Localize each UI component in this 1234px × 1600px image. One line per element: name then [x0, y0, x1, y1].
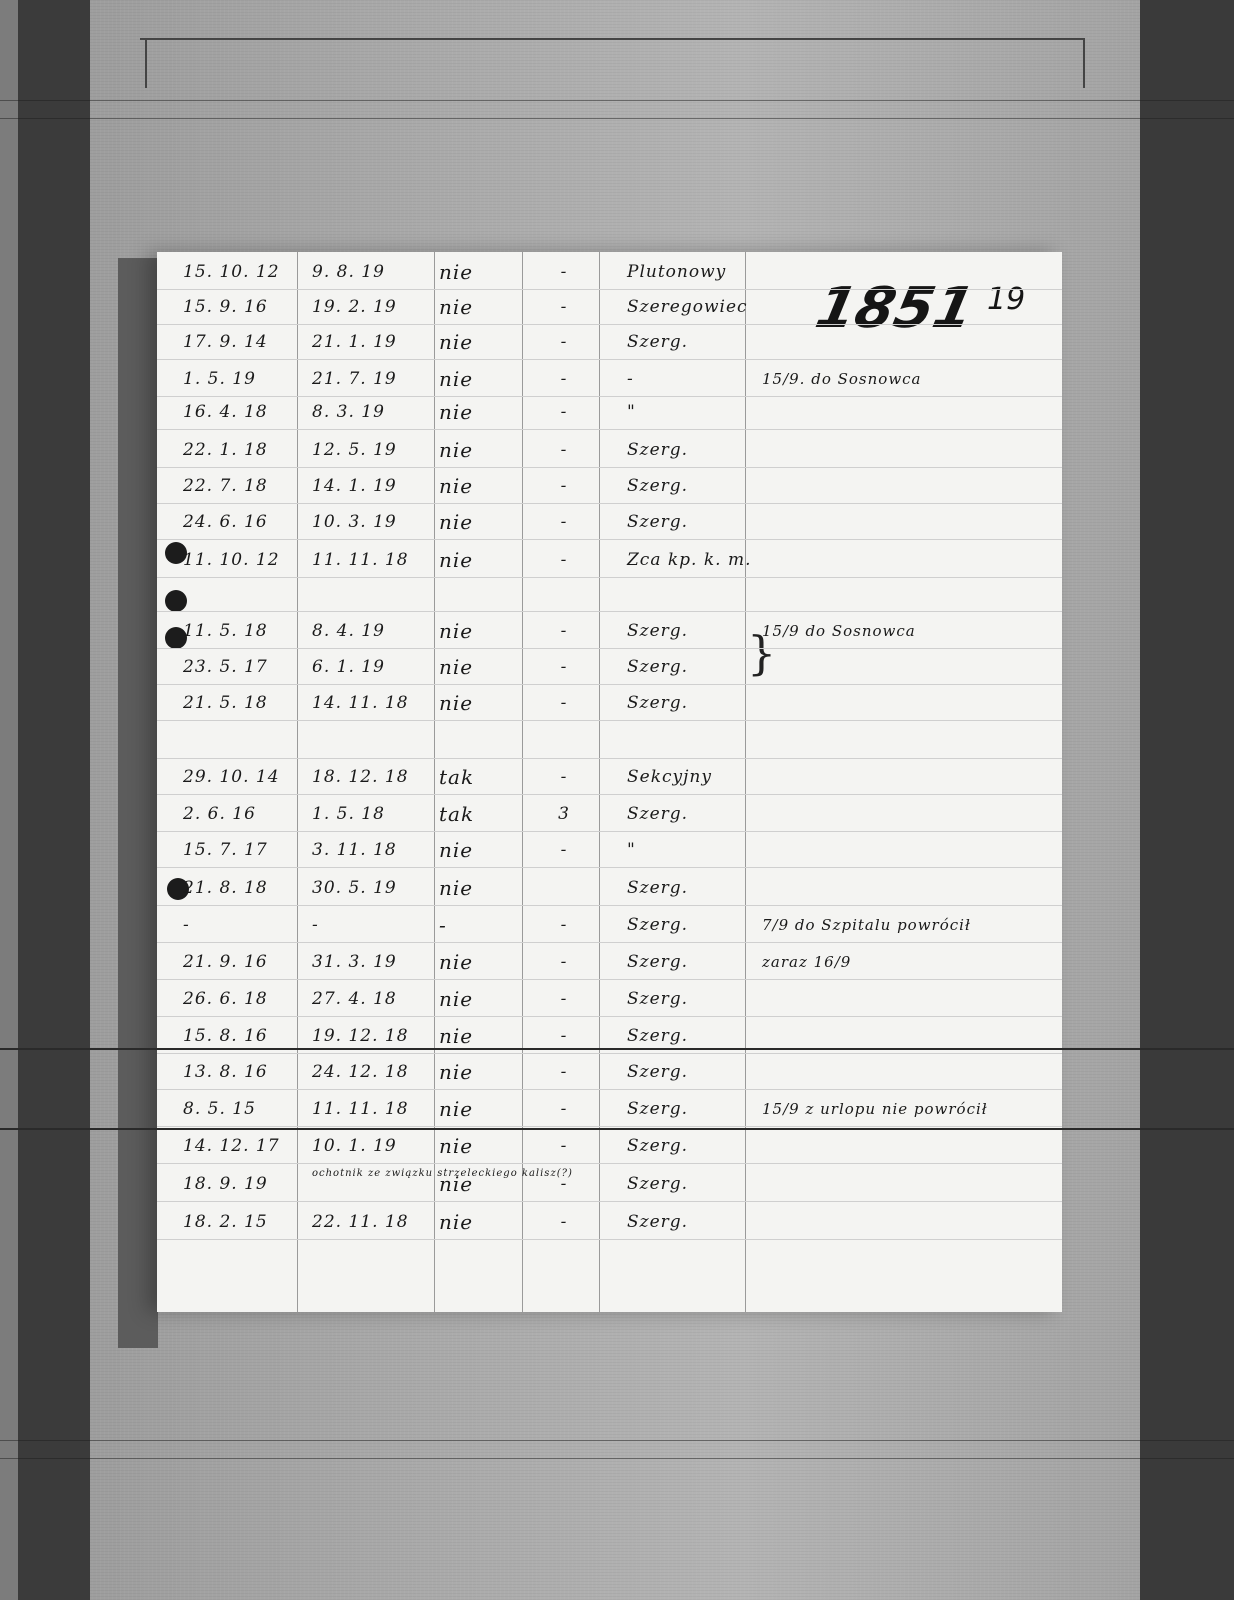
ruled-line	[157, 1239, 1062, 1240]
cell-mark: -	[549, 362, 579, 396]
table-row: 21. 5. 1814. 11. 18nie-Szerg.	[157, 686, 1062, 720]
cell-note	[762, 290, 1062, 324]
table-row: 21. 9. 1631. 3. 19nie-Szerg.zaraz 16/9	[157, 945, 1062, 979]
cell-note: 15/9. do Sosnowca	[762, 362, 1062, 396]
table-row	[157, 577, 1062, 611]
ruled-line	[157, 1089, 1062, 1090]
table-row: 16. 4. 188. 3. 19nie-"	[157, 395, 1062, 429]
ruled-line	[157, 1126, 1062, 1127]
cell-mark: -	[549, 290, 579, 324]
cell-date-from	[183, 577, 293, 611]
cell-mark: -	[549, 945, 579, 979]
table-row: 11. 10. 1211. 11. 18nie-Zca kp. k. m.	[157, 543, 1062, 577]
cell-note	[762, 797, 1062, 831]
cell-note: zaraz 16/9	[762, 945, 1062, 979]
cell-rank: Szerg.	[627, 1129, 747, 1163]
table-row: ----Szerg.7/9 do Szpitalu powrócił	[157, 908, 1062, 942]
cell-rank: Szerg.	[627, 871, 747, 905]
cell-note: 7/9 do Szpitalu powrócił	[762, 908, 1062, 942]
cell-note	[762, 1055, 1062, 1089]
cell-rank: "	[627, 395, 747, 429]
cell-date-to	[312, 724, 432, 758]
cell-date-from: 26. 6. 18	[183, 982, 293, 1016]
cell-answer: nie	[439, 945, 519, 979]
cell-mark: -	[549, 614, 579, 648]
cell-date-to: 31. 3. 19	[312, 945, 432, 979]
ruled-line	[157, 720, 1062, 721]
scan-artifact-line	[0, 1128, 1234, 1130]
table-row: 23. 5. 176. 1. 19nie-Szerg.	[157, 650, 1062, 684]
cell-answer	[439, 577, 519, 611]
ruled-line	[157, 867, 1062, 868]
cell-date-to: -	[312, 908, 432, 942]
cell-date-from: 16. 4. 18	[183, 395, 293, 429]
cell-rank: "	[627, 833, 747, 867]
cell-answer: nie	[439, 1205, 519, 1239]
cell-date-to: 27. 4. 18	[312, 982, 432, 1016]
cell-rank: Szerg.	[627, 1055, 747, 1089]
cell-date-from: 18. 2. 15	[183, 1205, 293, 1239]
ruled-line	[157, 758, 1062, 759]
cell-mark	[549, 577, 579, 611]
cell-rank: Zca kp. k. m.	[627, 543, 747, 577]
table-row: 15. 9. 1619. 2. 19nie-Szeregowiec	[157, 290, 1062, 324]
cell-date-from: -	[183, 908, 293, 942]
cell-rank: Szerg.	[627, 908, 747, 942]
cell-note	[762, 724, 1062, 758]
cell-mark	[549, 724, 579, 758]
cell-date-from: 21. 8. 18	[183, 871, 293, 905]
cell-mark: -	[549, 395, 579, 429]
cell-note	[762, 577, 1062, 611]
cell-mark: -	[549, 760, 579, 794]
cell-answer: nie	[439, 543, 519, 577]
cell-date-to: 14. 11. 18	[312, 686, 432, 720]
cell-rank: Sekcyjny	[627, 760, 747, 794]
cell-rank: Szerg.	[627, 686, 747, 720]
cell-note	[762, 433, 1062, 467]
cell-date-from: 15. 9. 16	[183, 290, 293, 324]
cell-date-to	[312, 577, 432, 611]
cell-rank	[627, 577, 747, 611]
cell-date-from: 15. 10. 12	[183, 255, 293, 289]
cell-mark: -	[549, 255, 579, 289]
table-row: 8. 5. 1511. 11. 18nie-Szerg.15/9 z urlop…	[157, 1092, 1062, 1126]
cell-date-from: 13. 8. 16	[183, 1055, 293, 1089]
table-row: 2. 6. 161. 5. 18tak3Szerg.	[157, 797, 1062, 831]
cell-answer: nie	[439, 469, 519, 503]
table-row: 18. 9. 19ochotnik ze związku strzeleckie…	[157, 1167, 1062, 1201]
cell-date-from: 21. 5. 18	[183, 686, 293, 720]
cell-note	[762, 650, 1062, 684]
cell-rank: Szerg.	[627, 650, 747, 684]
cell-answer: nie	[439, 871, 519, 905]
cell-rank	[627, 724, 747, 758]
cell-rank: Szerg.	[627, 1092, 747, 1126]
cell-date-to: 21. 7. 19	[312, 362, 432, 396]
cell-date-to: 6. 1. 19	[312, 650, 432, 684]
cell-answer: tak	[439, 760, 519, 794]
ruled-line	[157, 577, 1062, 578]
scan-stripe	[0, 1458, 1234, 1459]
cell-mark: -	[549, 325, 579, 359]
cell-date-from: 14. 12. 17	[183, 1129, 293, 1163]
cell-date-from: 21. 9. 16	[183, 945, 293, 979]
table-row: 24. 6. 1610. 3. 19nie-Szerg.	[157, 505, 1062, 539]
table-row: 29. 10. 1418. 12. 18tak-Sekcyjny	[157, 760, 1062, 794]
scan-artifact-line	[0, 1048, 1234, 1050]
cell-answer: nie	[439, 433, 519, 467]
ruled-line	[157, 467, 1062, 468]
ruled-line	[157, 359, 1062, 360]
cell-date-to: 8. 3. 19	[312, 395, 432, 429]
ruled-line	[157, 539, 1062, 540]
cell-note	[762, 833, 1062, 867]
folder-bracket-top	[140, 38, 1085, 40]
cell-mark: -	[549, 433, 579, 467]
cell-answer: -	[439, 908, 519, 942]
cell-date-from: 18. 9. 19	[183, 1167, 293, 1201]
ruled-line	[157, 503, 1062, 504]
cell-date-from: 2. 6. 16	[183, 797, 293, 831]
cell-mark: -	[549, 1092, 579, 1126]
cell-date-from: 1. 5. 19	[183, 362, 293, 396]
cell-answer: nie	[439, 1092, 519, 1126]
cell-note	[762, 871, 1062, 905]
cell-date-to: 11. 11. 18	[312, 1092, 432, 1126]
cell-date-to: 10. 3. 19	[312, 505, 432, 539]
cell-date-to: 10. 1. 19	[312, 1129, 432, 1163]
cell-note	[762, 469, 1062, 503]
cell-answer: nie	[439, 325, 519, 359]
cell-note	[762, 982, 1062, 1016]
ruled-line	[157, 979, 1062, 980]
table-row: 21. 8. 1830. 5. 19nieSzerg.	[157, 871, 1062, 905]
cell-rank: Szerg.	[627, 945, 747, 979]
cell-date-to: 3. 11. 18	[312, 833, 432, 867]
cell-date-from: 8. 5. 15	[183, 1092, 293, 1126]
cell-date-from: 22. 1. 18	[183, 433, 293, 467]
cell-rank: Szerg.	[627, 433, 747, 467]
film-border-left	[18, 0, 90, 1600]
cell-rank: Szerg.	[627, 797, 747, 831]
cell-date-from	[183, 724, 293, 758]
cell-date-to: 8. 4. 19	[312, 614, 432, 648]
ruled-line	[157, 1201, 1062, 1202]
cell-answer: nie	[439, 1129, 519, 1163]
cell-date-to: 9. 8. 19	[312, 255, 432, 289]
ruled-line	[157, 1016, 1062, 1017]
cell-rank: Szerg.	[627, 505, 747, 539]
ruled-line	[157, 942, 1062, 943]
scan-stripe	[0, 100, 1234, 101]
cell-answer: nie	[439, 1167, 519, 1201]
ruled-line	[157, 289, 1062, 290]
ruled-line	[157, 831, 1062, 832]
cell-note	[762, 395, 1062, 429]
ruled-line	[157, 611, 1062, 612]
ruled-line	[157, 1053, 1062, 1054]
cell-note	[762, 1129, 1062, 1163]
cell-rank: -	[627, 362, 747, 396]
cell-mark: -	[549, 469, 579, 503]
scan-stripe	[0, 1440, 1234, 1441]
cell-mark: -	[549, 505, 579, 539]
table-row: 13. 8. 1624. 12. 18nie-Szerg.	[157, 1055, 1062, 1089]
cell-mark: -	[549, 650, 579, 684]
cell-date-to: 19. 2. 19	[312, 290, 432, 324]
register-page: 1851 19 } 15. 10. 129. 8. 19nie-Plutonow…	[157, 252, 1062, 1312]
ruled-line	[157, 905, 1062, 906]
table-row: 1. 5. 1921. 7. 19nie--15/9. do Sosnowca	[157, 362, 1062, 396]
cell-date-from: 24. 6. 16	[183, 505, 293, 539]
cell-date-from: 11. 5. 18	[183, 614, 293, 648]
table-row: 14. 12. 1710. 1. 19nie-Szerg.	[157, 1129, 1062, 1163]
cell-rank: Szerg.	[627, 1167, 747, 1201]
cell-note: 15/9 z urlopu nie powrócił	[762, 1092, 1062, 1126]
table-row	[157, 724, 1062, 758]
cell-mark: -	[549, 833, 579, 867]
cell-answer: nie	[439, 686, 519, 720]
cell-answer: nie	[439, 290, 519, 324]
ruled-line	[157, 324, 1062, 325]
cell-answer: nie	[439, 255, 519, 289]
cell-rank: Plutonowy	[627, 255, 747, 289]
cell-rank: Szerg.	[627, 982, 747, 1016]
cell-answer: nie	[439, 982, 519, 1016]
cell-date-to: 24. 12. 18	[312, 1055, 432, 1089]
table-row: 22. 7. 1814. 1. 19nie-Szerg.	[157, 469, 1062, 503]
cell-note	[762, 760, 1062, 794]
cell-mark: -	[549, 908, 579, 942]
cell-date-from: 29. 10. 14	[183, 760, 293, 794]
cell-note	[762, 255, 1062, 289]
film-border-right	[1140, 0, 1234, 1600]
cell-note	[762, 686, 1062, 720]
ruled-line	[157, 794, 1062, 795]
table-row: 15. 7. 173. 11. 18nie-"	[157, 833, 1062, 867]
cell-mark: -	[549, 686, 579, 720]
ruled-line	[157, 429, 1062, 430]
folder-bracket-right	[1083, 38, 1085, 88]
cell-note	[762, 505, 1062, 539]
cell-date-from: 23. 5. 17	[183, 650, 293, 684]
cell-rank: Szerg.	[627, 614, 747, 648]
cell-mark: -	[549, 1167, 579, 1201]
cell-mark: 3	[549, 797, 579, 831]
table-row: 17. 9. 1421. 1. 19nie-Szerg.	[157, 325, 1062, 359]
cell-date-to: 22. 11. 18	[312, 1205, 432, 1239]
cell-date-from: 15. 7. 17	[183, 833, 293, 867]
cell-note	[762, 325, 1062, 359]
cell-note	[762, 1167, 1062, 1201]
cell-rank: Szeregowiec	[627, 290, 747, 324]
cell-date-to: 12. 5. 19	[312, 433, 432, 467]
cell-date-to: 18. 12. 18	[312, 760, 432, 794]
cell-date-to: 1. 5. 18	[312, 797, 432, 831]
cell-rank: Szerg.	[627, 325, 747, 359]
cell-note	[762, 1205, 1062, 1239]
cell-mark	[549, 871, 579, 905]
cell-mark: -	[549, 1129, 579, 1163]
cell-answer: nie	[439, 1055, 519, 1089]
cell-date-to: 21. 1. 19	[312, 325, 432, 359]
cell-note: 15/9 do Sosnowca	[762, 614, 1062, 648]
cell-answer: nie	[439, 505, 519, 539]
cell-date-to: ochotnik ze związku strzeleckiego kalisz…	[312, 1167, 432, 1201]
cell-date-from: 22. 7. 18	[183, 469, 293, 503]
cell-rank: Szerg.	[627, 1205, 747, 1239]
cell-date-from: 17. 9. 14	[183, 325, 293, 359]
folder-bracket-left	[145, 38, 147, 88]
cell-date-to: 14. 1. 19	[312, 469, 432, 503]
cell-answer: nie	[439, 395, 519, 429]
cell-answer: nie	[439, 650, 519, 684]
cell-date-from: 11. 10. 12	[183, 543, 293, 577]
cell-mark: -	[549, 1055, 579, 1089]
cell-answer: nie	[439, 362, 519, 396]
cell-answer	[439, 724, 519, 758]
cell-date-to: 30. 5. 19	[312, 871, 432, 905]
ruled-line	[157, 648, 1062, 649]
cell-mark: -	[549, 543, 579, 577]
ruled-line	[157, 1163, 1062, 1164]
table-row: 22. 1. 1812. 5. 19nie-Szerg.	[157, 433, 1062, 467]
cell-answer: nie	[439, 833, 519, 867]
cell-note	[762, 543, 1062, 577]
cell-rank: Szerg.	[627, 469, 747, 503]
table-row: 26. 6. 1827. 4. 18nie-Szerg.	[157, 982, 1062, 1016]
cell-answer: nie	[439, 614, 519, 648]
cell-mark: -	[549, 982, 579, 1016]
table-row: 18. 2. 1522. 11. 18nie-Szerg.	[157, 1205, 1062, 1239]
page-shadow	[118, 258, 158, 1348]
ruled-line	[157, 684, 1062, 685]
table-row: 11. 5. 188. 4. 19nie-Szerg.15/9 do Sosno…	[157, 614, 1062, 648]
cell-mark: -	[549, 1205, 579, 1239]
cell-answer: tak	[439, 797, 519, 831]
table-row: 15. 10. 129. 8. 19nie-Plutonowy	[157, 255, 1062, 289]
ruled-line	[157, 396, 1062, 397]
cell-date-to: 11. 11. 18	[312, 543, 432, 577]
scan-stripe	[0, 118, 1234, 119]
film-edge-left	[0, 0, 18, 1600]
